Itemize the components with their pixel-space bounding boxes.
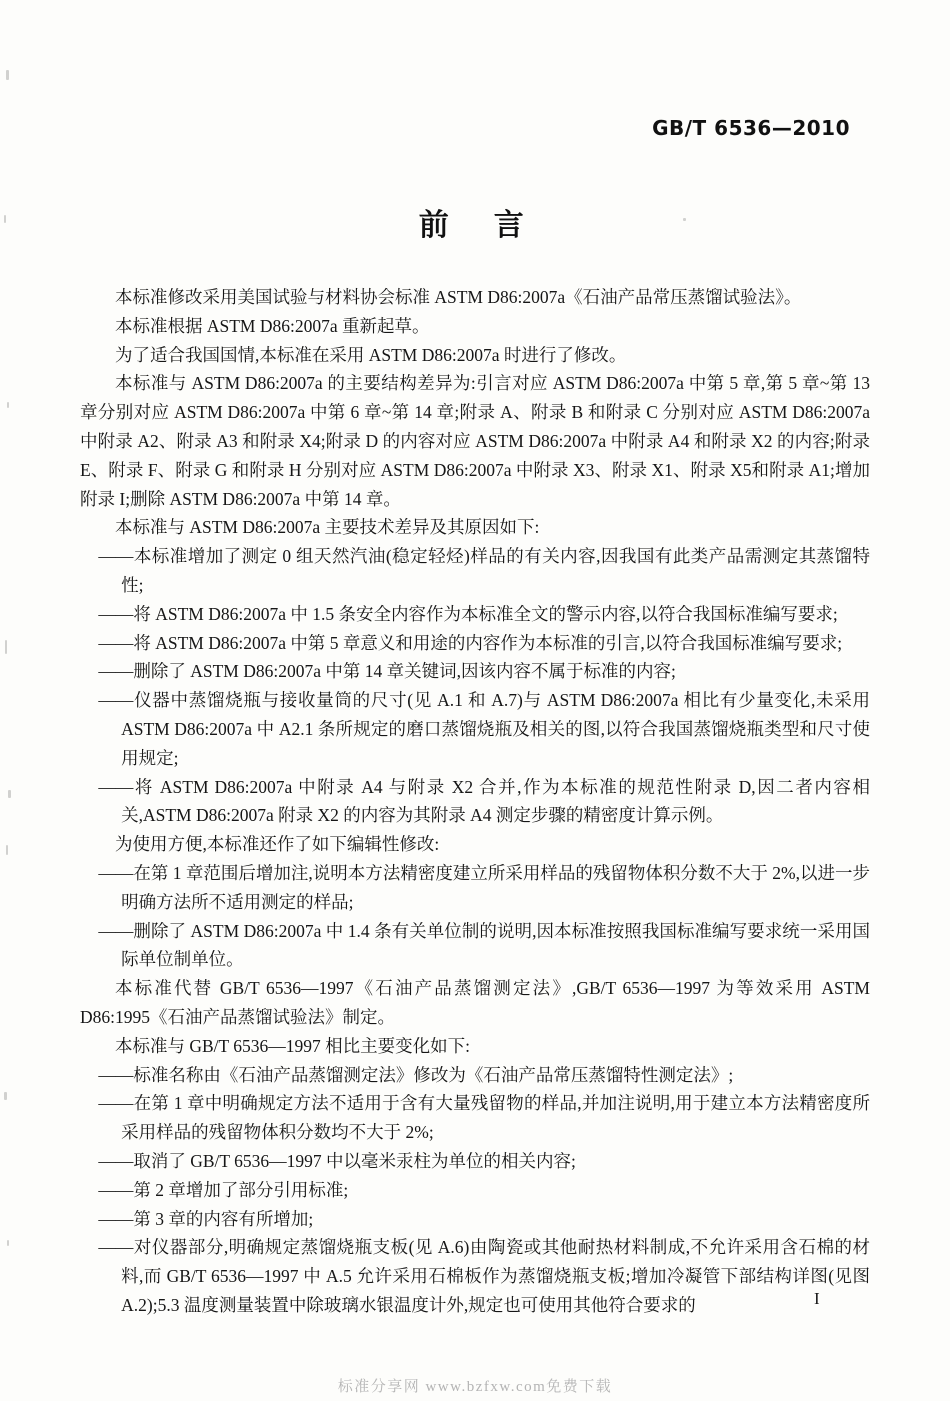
change-list-item: ——仪器中蒸馏烧瓶与接收量筒的尺寸(见 A.1 和 A.7)与 ASTM D86… (80, 686, 870, 772)
scan-speck (8, 790, 11, 798)
paragraph: 本标准与 GB/T 6536—1997 相比主要变化如下: (80, 1032, 870, 1061)
document-page: GB/T 6536—2010 前 言 本标准修改采用美国试验与材料协会标准 AS… (0, 0, 950, 1401)
change-list-item: ——删除了 ASTM D86:2007a 中第 14 章关键词,因该内容不属于标… (80, 657, 870, 686)
change-list-item: ——第 2 章增加了部分引用标准; (80, 1176, 870, 1205)
watermark-text: 标准分享网 www.bzfxw.com免费下载 (0, 1375, 950, 1396)
change-list-item: ——将 ASTM D86:2007a 中第 5 章意义和用途的内容作为本标准的引… (80, 629, 870, 658)
change-list-item: ——取消了 GB/T 6536—1997 中以毫米汞柱为单位的相关内容; (80, 1147, 870, 1176)
change-list-item: ——标准名称由《石油产品蒸馏测定法》修改为《石油产品常压蒸馏特性测定法》; (80, 1061, 870, 1090)
foreword-body: 本标准修改采用美国试验与材料协会标准 ASTM D86:2007a《石油产品常压… (80, 283, 870, 1320)
scan-speck (4, 1092, 7, 1100)
paragraph: 为了适合我国国情,本标准在采用 ASTM D86:2007a 时进行了修改。 (80, 341, 870, 370)
scan-speck (7, 402, 9, 408)
scan-speck (5, 640, 7, 654)
page-title: 前 言 (0, 200, 950, 244)
paragraph: 本标准与 ASTM D86:2007a 的主要结构差异为:引言对应 ASTM D… (80, 369, 870, 513)
change-list-item: ——在第 1 章范围后增加注,说明本方法精密度建立所采用样品的残留物体积分数不大… (80, 859, 870, 917)
scan-speck (683, 218, 686, 221)
paragraph: 为使用方便,本标准还作了如下编辑性修改: (80, 830, 870, 859)
scan-speck (7, 1240, 9, 1246)
standard-number: GB/T 6536—2010 (652, 116, 850, 140)
page-number: I (814, 1289, 820, 1309)
scan-speck (6, 845, 8, 855)
change-list-item: ——将 ASTM D86:2007a 中 1.5 条安全内容作为本标准全文的警示… (80, 600, 870, 629)
paragraph: 本标准代替 GB/T 6536—1997《石油产品蒸馏测定法》,GB/T 653… (80, 974, 870, 1032)
change-list-item: ——第 3 章的内容有所增加; (80, 1205, 870, 1234)
paragraph: 本标准修改采用美国试验与材料协会标准 ASTM D86:2007a《石油产品常压… (80, 283, 870, 312)
scan-speck (4, 215, 6, 223)
paragraph: 本标准根据 ASTM D86:2007a 重新起草。 (80, 312, 870, 341)
change-list-item: ——对仪器部分,明确规定蒸馏烧瓶支板(见 A.6)由陶瓷或其他耐热材料制成,不允… (80, 1233, 870, 1319)
change-list-item: ——在第 1 章中明确规定方法不适用于含有大量残留物的样品,并加注说明,用于建立… (80, 1089, 870, 1147)
change-list-item: ——将 ASTM D86:2007a 中附录 A4 与附录 X2 合并,作为本标… (80, 773, 870, 831)
paragraph: 本标准与 ASTM D86:2007a 主要技术差异及其原因如下: (80, 513, 870, 542)
change-list-item: ——删除了 ASTM D86:2007a 中 1.4 条有关单位制的说明,因本标… (80, 917, 870, 975)
change-list-item: ——本标准增加了测定 0 组天然汽油(稳定轻烃)样品的有关内容,因我国有此类产品… (80, 542, 870, 600)
scan-speck (6, 70, 9, 80)
